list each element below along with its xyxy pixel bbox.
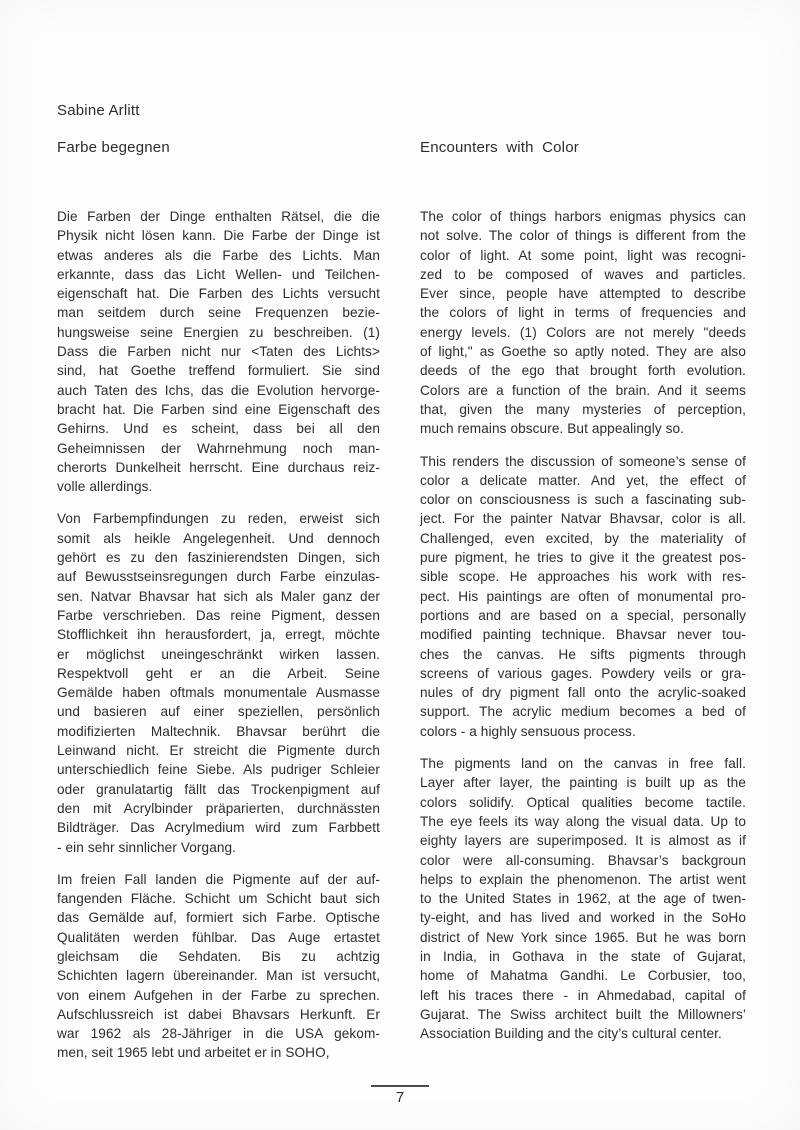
text-line: bracht hat. Die Farben sind eine Eigensc… bbox=[57, 400, 380, 419]
text-line: energy levels. (1) Colors are not merely… bbox=[420, 323, 746, 342]
text-line: left his traces there - in Ahmedabad, ca… bbox=[420, 986, 746, 1005]
text-line: ches the canvas. He sifts pigments throu… bbox=[420, 645, 746, 664]
paragraph-en-3: The pigments land on the canvas in free … bbox=[420, 754, 746, 1043]
text-line: Gemälde haben oftmals monumentale Ausmas… bbox=[57, 683, 380, 702]
text-line: das Gemälde auf, formiert sich Farbe. Op… bbox=[57, 908, 380, 927]
text-line: man seitdem durch seine Frequenzen bezie… bbox=[57, 303, 380, 322]
text-line: The eye feels its way along the visual d… bbox=[420, 812, 746, 831]
text-line: Gehirns. Und es scheint, dass bei all de… bbox=[57, 419, 380, 438]
text-line: support. The acrylic medium becomes a be… bbox=[420, 702, 746, 721]
text-line: not solve. The color of things is differ… bbox=[420, 226, 746, 245]
text-line: color were all-consuming. Bhavsar’s back… bbox=[420, 851, 746, 870]
text-line: This renders the discussion of someone’s… bbox=[420, 452, 746, 471]
text-line: much remains obscure. But appealingly so… bbox=[420, 419, 746, 438]
text-line: hungsweise seine Energien zu beschreiben… bbox=[57, 323, 380, 342]
text-line: oder granulatartig fällt das Trockenpigm… bbox=[57, 780, 380, 799]
text-line: color a delicate matter. And yet, the ef… bbox=[420, 471, 746, 490]
text-line: Association Building and the city’s cult… bbox=[420, 1024, 746, 1043]
german-text-column: Die Farben der Dinge enthalten Rätsel, d… bbox=[57, 207, 380, 1063]
english-text-column: The color of things harbors enigmas phys… bbox=[420, 207, 746, 1043]
text-line: fangenden Fläche. Schicht um Schicht bau… bbox=[57, 889, 380, 908]
text-line: helps to explain the phenomenon. The art… bbox=[420, 870, 746, 889]
text-line: ty-eight, and has lived and worked in th… bbox=[420, 908, 746, 927]
text-line: sen. Natvar Bhavsar hat sich als Maler g… bbox=[57, 587, 380, 606]
text-line: The pigments land on the canvas in free … bbox=[420, 754, 746, 773]
text-line: Respektvoll geht er an die Arbeit. Seine bbox=[57, 664, 380, 683]
text-line: auf Bewusstseinsregungen durch Farbe ein… bbox=[57, 567, 380, 586]
text-line: von einem Aufgehen in der Farbe zu sprec… bbox=[57, 986, 380, 1005]
text-line: portions and are based on a special, per… bbox=[420, 606, 746, 625]
text-line: etwas anderes als die Farbe des Lichts. … bbox=[57, 246, 380, 265]
text-line: Geheimnissen der Wahrnehmung noch man- bbox=[57, 439, 380, 458]
text-line: Challenged, even excited, by the materia… bbox=[420, 529, 746, 548]
paragraph-de-1: Die Farben der Dinge enthalten Rätsel, d… bbox=[57, 207, 380, 496]
document-page: Sabine Arlitt Farbe begegnen Encounters … bbox=[0, 0, 800, 1130]
text-line: war 1962 als 28-Jähriger in die USA geko… bbox=[57, 1024, 380, 1043]
text-line: in India, in Gothava in the state of Guj… bbox=[420, 947, 746, 966]
text-line: pect. His paintings are often of monumen… bbox=[420, 587, 746, 606]
text-line: den mit Acrylbinder präparierten, durchn… bbox=[57, 799, 380, 818]
text-line: gehört es zu den faszinierendsten Dingen… bbox=[57, 548, 380, 567]
paragraph-en-1: The color of things harbors enigmas phys… bbox=[420, 207, 746, 439]
text-line: Bildträger. Das Acrylmedium wird zum Far… bbox=[57, 818, 380, 837]
text-line: Dass die Farben nicht nur <Taten des Lic… bbox=[57, 342, 380, 361]
text-line: modifizierten Maltechnik. Bhavsar berühr… bbox=[57, 722, 380, 741]
text-line: colors - a highly sensuous process. bbox=[420, 722, 746, 741]
text-line: The color of things harbors enigmas phys… bbox=[420, 207, 746, 226]
text-line: that, given the many mysteries of percep… bbox=[420, 400, 746, 419]
footer-rule bbox=[371, 1085, 429, 1087]
text-line: Aufschlussreich ist dabei Bhavsars Herku… bbox=[57, 1005, 380, 1024]
text-line: men, seit 1965 lebt und arbeitet er in S… bbox=[57, 1043, 380, 1062]
text-line: district of New York since 1965. But he … bbox=[420, 928, 746, 947]
paragraph-de-3: Im freien Fall landen die Pigmente auf d… bbox=[57, 870, 380, 1063]
paragraph-en-2: This renders the discussion of someone’s… bbox=[420, 452, 746, 741]
text-line: of light," as Goethe so aptly noted. The… bbox=[420, 342, 746, 361]
text-line: Schichten lagern übereinander. Man ist v… bbox=[57, 966, 380, 985]
text-line: Physik nicht lösen kann. Die Farbe der D… bbox=[57, 226, 380, 245]
text-line: und basieren auf einer speziellen, persö… bbox=[57, 702, 380, 721]
text-line: Layer after layer, the painting is built… bbox=[420, 773, 746, 792]
text-line: Die Farben der Dinge enthalten Rätsel, d… bbox=[57, 207, 380, 226]
text-line: color of light. At some point, light was… bbox=[420, 246, 746, 265]
text-line: Von Farbempfindungen zu reden, erweist s… bbox=[57, 509, 380, 528]
title-german: Farbe begegnen bbox=[57, 139, 170, 156]
author-name: Sabine Arlitt bbox=[57, 102, 140, 119]
text-line: colors solidify. Optical qualities becom… bbox=[420, 793, 746, 812]
page-number: 7 bbox=[371, 1089, 429, 1106]
text-line: er möglichst uneingeschränkt wirken lass… bbox=[57, 645, 380, 664]
text-line: home of Mahatma Gandhi. Le Corbusier, to… bbox=[420, 966, 746, 985]
text-line: erkannte, dass das Licht Wellen- und Tei… bbox=[57, 265, 380, 284]
text-line: auch Taten des Ichs, das die Evolution h… bbox=[57, 381, 380, 400]
text-line: Leinwand nicht. Er streicht die Pigmente… bbox=[57, 741, 380, 760]
text-line: zed to be composed of waves and particle… bbox=[420, 265, 746, 284]
text-line: sible scope. He approaches his work with… bbox=[420, 567, 746, 586]
text-line: cherorts Dunkelheit herrscht. Eine durch… bbox=[57, 458, 380, 477]
text-line: Ever since, people have attempted to des… bbox=[420, 284, 746, 303]
text-line: deeds of the ego that brought forth evol… bbox=[420, 361, 746, 380]
text-line: unterschiedlich feine Siebe. Als pudrige… bbox=[57, 760, 380, 779]
text-line: Farbe verschrieben. Das reine Pigment, d… bbox=[57, 606, 380, 625]
text-line: to the United States in 1962, at the age… bbox=[420, 889, 746, 908]
text-line: screens of various gages. Powdery veils … bbox=[420, 664, 746, 683]
text-line: somit als heikle Angelegenheit. Und denn… bbox=[57, 529, 380, 548]
text-line: gleichsam die Sehdaten. Bis zu achtzig bbox=[57, 947, 380, 966]
text-line: eigenschaft hat. Die Farben des Lichts v… bbox=[57, 284, 380, 303]
text-line: eighty layers are superimposed. It is al… bbox=[420, 831, 746, 850]
text-line: pure pigment, he tries to give it the gr… bbox=[420, 548, 746, 567]
text-line: Colors are a function of the brain. And … bbox=[420, 381, 746, 400]
text-line: - ein sehr sinnlicher Vorgang. bbox=[57, 838, 380, 857]
text-line: the colors of light in terms of frequenc… bbox=[420, 303, 746, 322]
text-line: volle allerdings. bbox=[57, 477, 380, 496]
text-line: sind, hat Goethe treffend formuliert. Si… bbox=[57, 361, 380, 380]
text-line: Im freien Fall landen die Pigmente auf d… bbox=[57, 870, 380, 889]
text-line: ject. For the painter Natvar Bhavsar, co… bbox=[420, 509, 746, 528]
text-line: Gujarat. The Swiss architect built the M… bbox=[420, 1005, 746, 1024]
text-line: color on consciousness is such a fascina… bbox=[420, 490, 746, 509]
title-english: Encounters with Color bbox=[420, 139, 579, 156]
text-line: modified painting technique. Bhavsar nev… bbox=[420, 625, 746, 644]
text-line: nules of dry pigment fall onto the acryl… bbox=[420, 683, 746, 702]
paragraph-de-2: Von Farbempfindungen zu reden, erweist s… bbox=[57, 509, 380, 856]
text-line: Qualitäten werden fühlbar. Das Auge erta… bbox=[57, 928, 380, 947]
text-line: Stofflichkeit ihn herausfordert, ja, err… bbox=[57, 625, 380, 644]
